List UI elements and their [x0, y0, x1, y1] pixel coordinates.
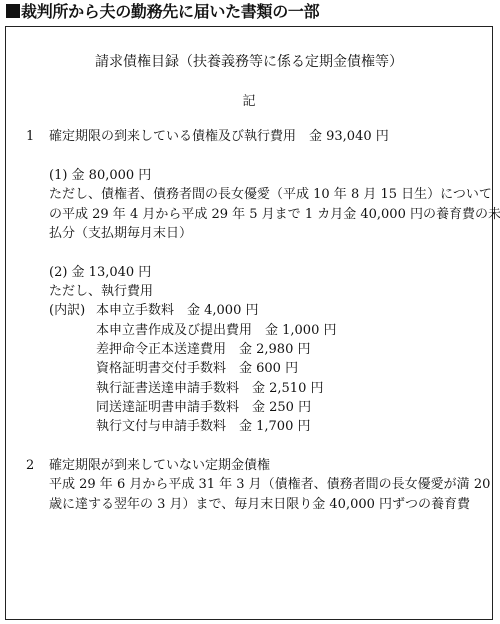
section1-number: 1 [26, 129, 34, 145]
breakdown-item: 本申立手数料 金 4,000 円 [96, 303, 258, 319]
section2-text: 確定期限が到来していない定期金債権 [49, 458, 270, 474]
section2-line: 平成 29 年 6 月から平成 31 年 3 月（債権者、債務者間の長女優愛が満… [49, 477, 490, 493]
section1-text: 確定期限の到来している債権及び執行費用 金 93,040 円 [49, 129, 389, 145]
document-title: 請求債権目録（扶養義務等に係る定期金債権等） [6, 54, 492, 70]
breakdown-item: 執行文付与申請手数料 金 1,700 円 [96, 419, 310, 435]
item1-line: 払分（支払期毎月末日） [49, 226, 192, 242]
breakdown-item: 差押命令正本送達費用 金 2,980 円 [96, 342, 310, 358]
document-box: 請求債権目録（扶養義務等に係る定期金債権等） 記 1 確定期限の到来している債権… [5, 26, 493, 620]
breakdown-item: 資格証明書交付手数料 金 600 円 [96, 361, 298, 377]
breakdown-item: 執行証書送達申請手数料 金 2,510 円 [96, 381, 323, 397]
item2-label: (2) 金 13,040 円 [49, 265, 151, 281]
section2-line: 歳に達する翌年の 3 月）まで、毎月末日限り金 40,000 円ずつの養育費 [49, 497, 470, 513]
black-square-icon [6, 4, 20, 18]
item2-note: ただし、執行費用 [49, 284, 153, 300]
section2-number: 2 [26, 458, 34, 474]
breakdown-label: (内訳) [49, 303, 85, 319]
ki-label: 記 [6, 94, 492, 110]
page-heading: 裁判所から夫の勤務先に届いた書類の一部 [6, 2, 319, 22]
breakdown-item: 同送達証明書申請手数料 金 250 円 [96, 400, 311, 416]
breakdown-item: 本申立書作成及び提出費用 金 1,000 円 [96, 323, 336, 339]
item1-label: (1) 金 80,000 円 [49, 168, 151, 184]
item1-line: ただし、債権者、債務者間の長女優愛（平成 10 年 8 月 15 日生）について [49, 187, 492, 203]
item1-line: の平成 29 年 4 月から平成 29 年 5 月まで 1 カ月金 40,000… [49, 207, 500, 223]
